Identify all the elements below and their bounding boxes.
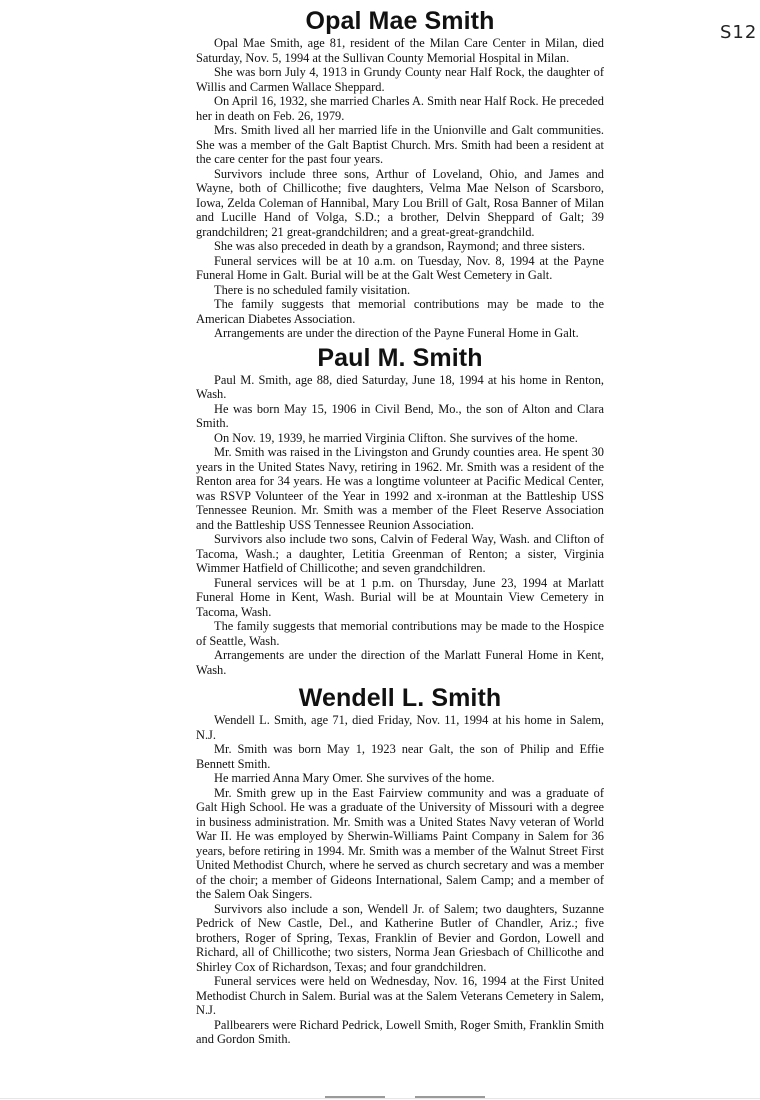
obituary-paragraph: She was born July 4, 1913 in Grundy Coun… <box>196 65 604 94</box>
obituary-wendell-l-smith: Wendell L. Smith Wendell L. Smith, age 7… <box>196 683 604 1047</box>
obituary-paragraph: There is no scheduled family visitation. <box>196 283 604 298</box>
obituary-headline: Opal Mae Smith <box>196 6 604 36</box>
obituary-paragraph: Survivors also include two sons, Calvin … <box>196 532 604 576</box>
obituary-paragraph: The family suggests that memorial contri… <box>196 619 604 648</box>
obituary-paragraph: He married Anna Mary Omer. She survives … <box>196 771 604 786</box>
obituary-paragraph: Mrs. Smith lived all her married life in… <box>196 123 604 167</box>
obituary-paragraph: Arrangements are under the direction of … <box>196 326 604 341</box>
obituary-paragraph: Funeral services will be at 10 a.m. on T… <box>196 254 604 283</box>
handwritten-margin-note: S12 <box>720 22 757 43</box>
obituary-paragraph: Pallbearers were Richard Pedrick, Lowell… <box>196 1018 604 1047</box>
obituary-paragraph: Survivors also include a son, Wendell Jr… <box>196 902 604 975</box>
obituary-paragraph: Arrangements are under the direction of … <box>196 648 604 677</box>
obituary-opal-mae-smith: Opal Mae Smith Opal Mae Smith, age 81, r… <box>196 6 604 341</box>
obituary-paragraph: Funeral services will be at 1 p.m. on Th… <box>196 576 604 620</box>
obituary-paragraph: Opal Mae Smith, age 81, resident of the … <box>196 36 604 65</box>
obituary-headline: Wendell L. Smith <box>196 683 604 713</box>
obituary-paragraph: On April 16, 1932, she married Charles A… <box>196 94 604 123</box>
obituary-paragraph: Survivors include three sons, Arthur of … <box>196 167 604 240</box>
obituary-paragraph: Mr. Smith was raised in the Livingston a… <box>196 445 604 532</box>
obituary-paragraph: On Nov. 19, 1939, he married Virginia Cl… <box>196 431 604 446</box>
obituary-paragraph: Mr. Smith grew up in the East Fairview c… <box>196 786 604 902</box>
obituary-body: Wendell L. Smith, age 71, died Friday, N… <box>196 713 604 1047</box>
obituary-clipping: Opal Mae Smith Opal Mae Smith, age 81, r… <box>196 6 604 1047</box>
obituary-paragraph: Mr. Smith was born May 1, 1923 near Galt… <box>196 742 604 771</box>
obituary-paragraph: Funeral services were held on Wednesday,… <box>196 974 604 1018</box>
obituary-body: Opal Mae Smith, age 81, resident of the … <box>196 36 604 341</box>
obituary-body: Paul M. Smith, age 88, died Saturday, Ju… <box>196 373 604 678</box>
obituary-paragraph: She was also preceded in death by a gran… <box>196 239 604 254</box>
page-bottom-edge <box>0 1098 760 1099</box>
obituary-paragraph: He was born May 15, 1906 in Civil Bend, … <box>196 402 604 431</box>
obituary-paragraph: The family suggests that memorial contri… <box>196 297 604 326</box>
obituary-paragraph: Wendell L. Smith, age 71, died Friday, N… <box>196 713 604 742</box>
obituary-paragraph: Paul M. Smith, age 88, died Saturday, Ju… <box>196 373 604 402</box>
obituary-headline: Paul M. Smith <box>196 343 604 373</box>
obituary-paul-m-smith: Paul M. Smith Paul M. Smith, age 88, die… <box>196 343 604 678</box>
